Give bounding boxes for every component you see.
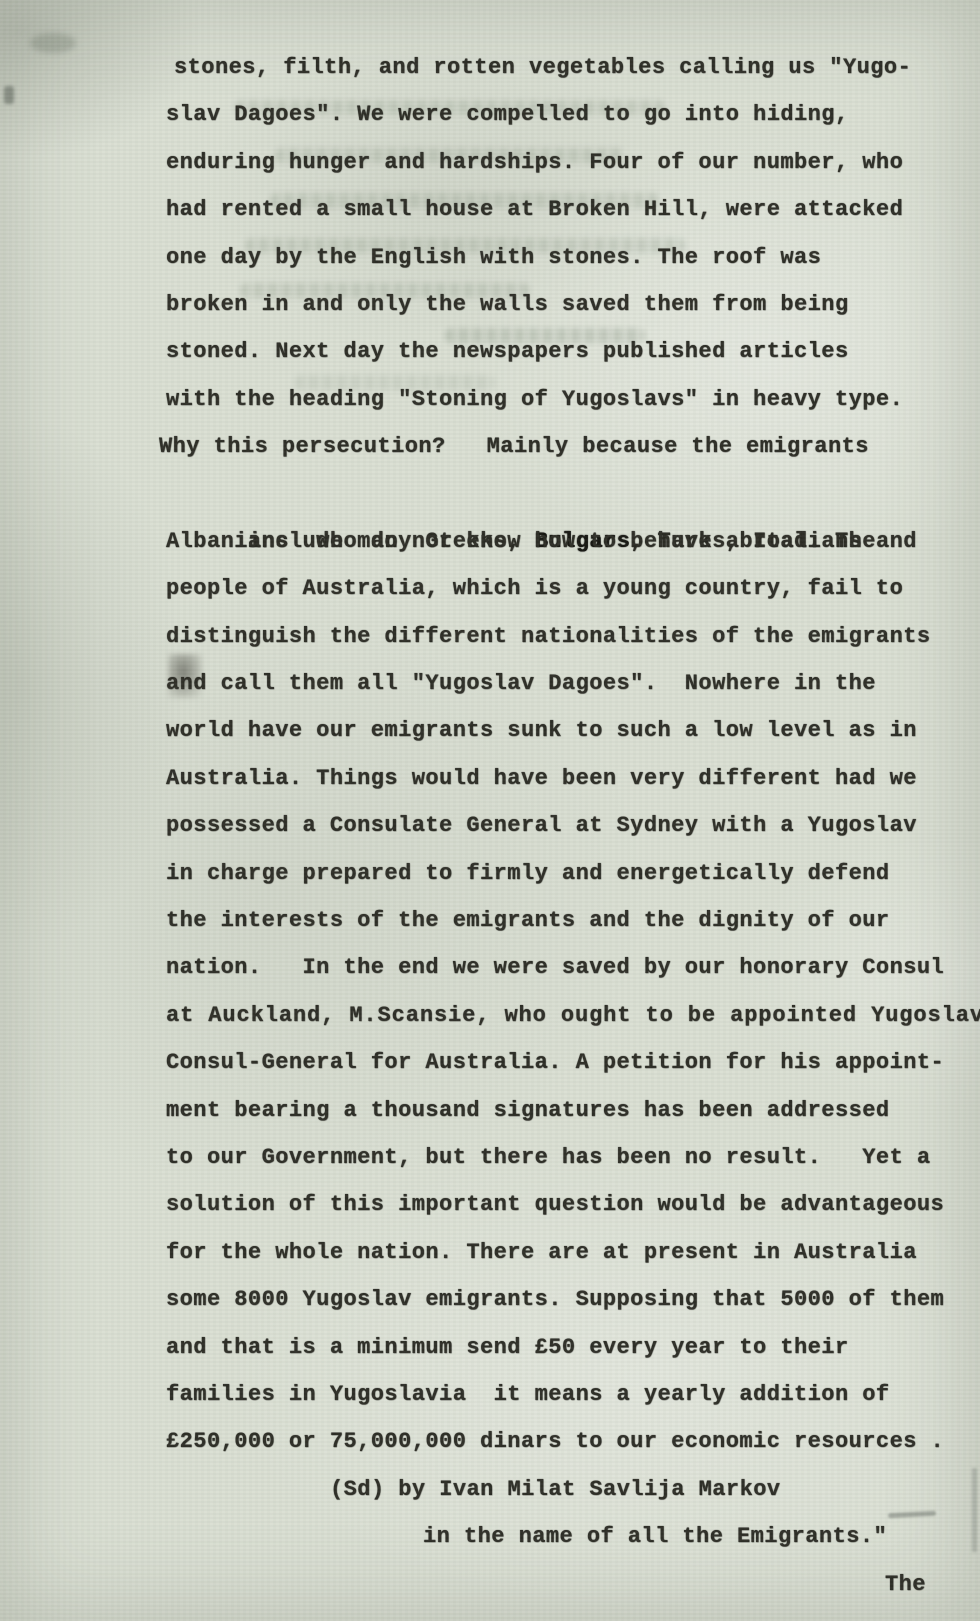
text-line: with the heading "Stoning of Yugoslavs" … (166, 376, 978, 423)
text-line: ment bearing a thousand signatures has b… (166, 1087, 978, 1134)
text-line: had rented a small house at Broken Hill,… (166, 186, 978, 233)
text-line: one day by the English with stones. The … (166, 234, 978, 281)
text-line: possessed a Consulate General at Sydney … (166, 802, 978, 849)
text-line: and call them all "Yugoslav Dagoes". Now… (166, 660, 978, 707)
text-line: at Auckland, M.Scansie, who ought to be … (166, 992, 978, 1039)
text-line: Consul-General for Australia. A petition… (166, 1039, 978, 1086)
signature-line: in the name of all the Emigrants." (423, 1513, 978, 1560)
text-line: stones, filth, and rotten vegetables cal… (174, 44, 978, 91)
text-line: to our Government, but there has been no… (166, 1134, 978, 1181)
text-line: in charge prepared to firmly and energet… (166, 850, 978, 897)
catchword: The (885, 1561, 978, 1608)
text-line: Australia. Things would have been very d… (166, 755, 978, 802)
text-line: distinguish the different nationalities … (166, 613, 978, 660)
text-line: world have our emigrants sunk to such a … (166, 707, 978, 754)
text-line: include many Greeks, Bulgars, Turks, Ita… (166, 471, 978, 518)
text-line: slav Dagoes". We were compelled to go in… (166, 91, 978, 138)
text-line: stoned. Next day the newspapers publishe… (166, 328, 978, 375)
text-line: families in Yugoslavia it means a yearly… (166, 1371, 978, 1418)
text-line: broken in and only the walls saved them … (166, 281, 978, 328)
text-line: Albanians who do not know how to behave … (166, 518, 978, 565)
text-line: for the whole nation. There are at prese… (166, 1229, 978, 1276)
text-line: Why this persecution? Mainly because the… (159, 423, 978, 470)
text-line: nation. In the end we were saved by our … (166, 944, 978, 991)
text-line: solution of this important question woul… (166, 1181, 978, 1228)
margin-pencil-mark (4, 86, 14, 104)
document-body: stones, filth, and rotten vegetables cal… (166, 44, 978, 1608)
text-line: and that is a minimum send £50 every yea… (166, 1324, 978, 1371)
text-line: £250,000 or 75,000,000 dinars to our eco… (166, 1418, 978, 1465)
text-line: enduring hunger and hardships. Four of o… (166, 139, 978, 186)
text-line: the interests of the emigrants and the d… (166, 897, 978, 944)
paper-stain (30, 33, 76, 53)
text-line: people of Australia, which is a young co… (166, 565, 978, 612)
text-line: some 8000 Yugoslav emigrants. Supposing … (166, 1276, 978, 1323)
signature-line: (Sd) by Ivan Milat Savlija Markov (330, 1466, 978, 1513)
scanned-document-page: stones, filth, and rotten vegetables cal… (0, 0, 980, 1621)
